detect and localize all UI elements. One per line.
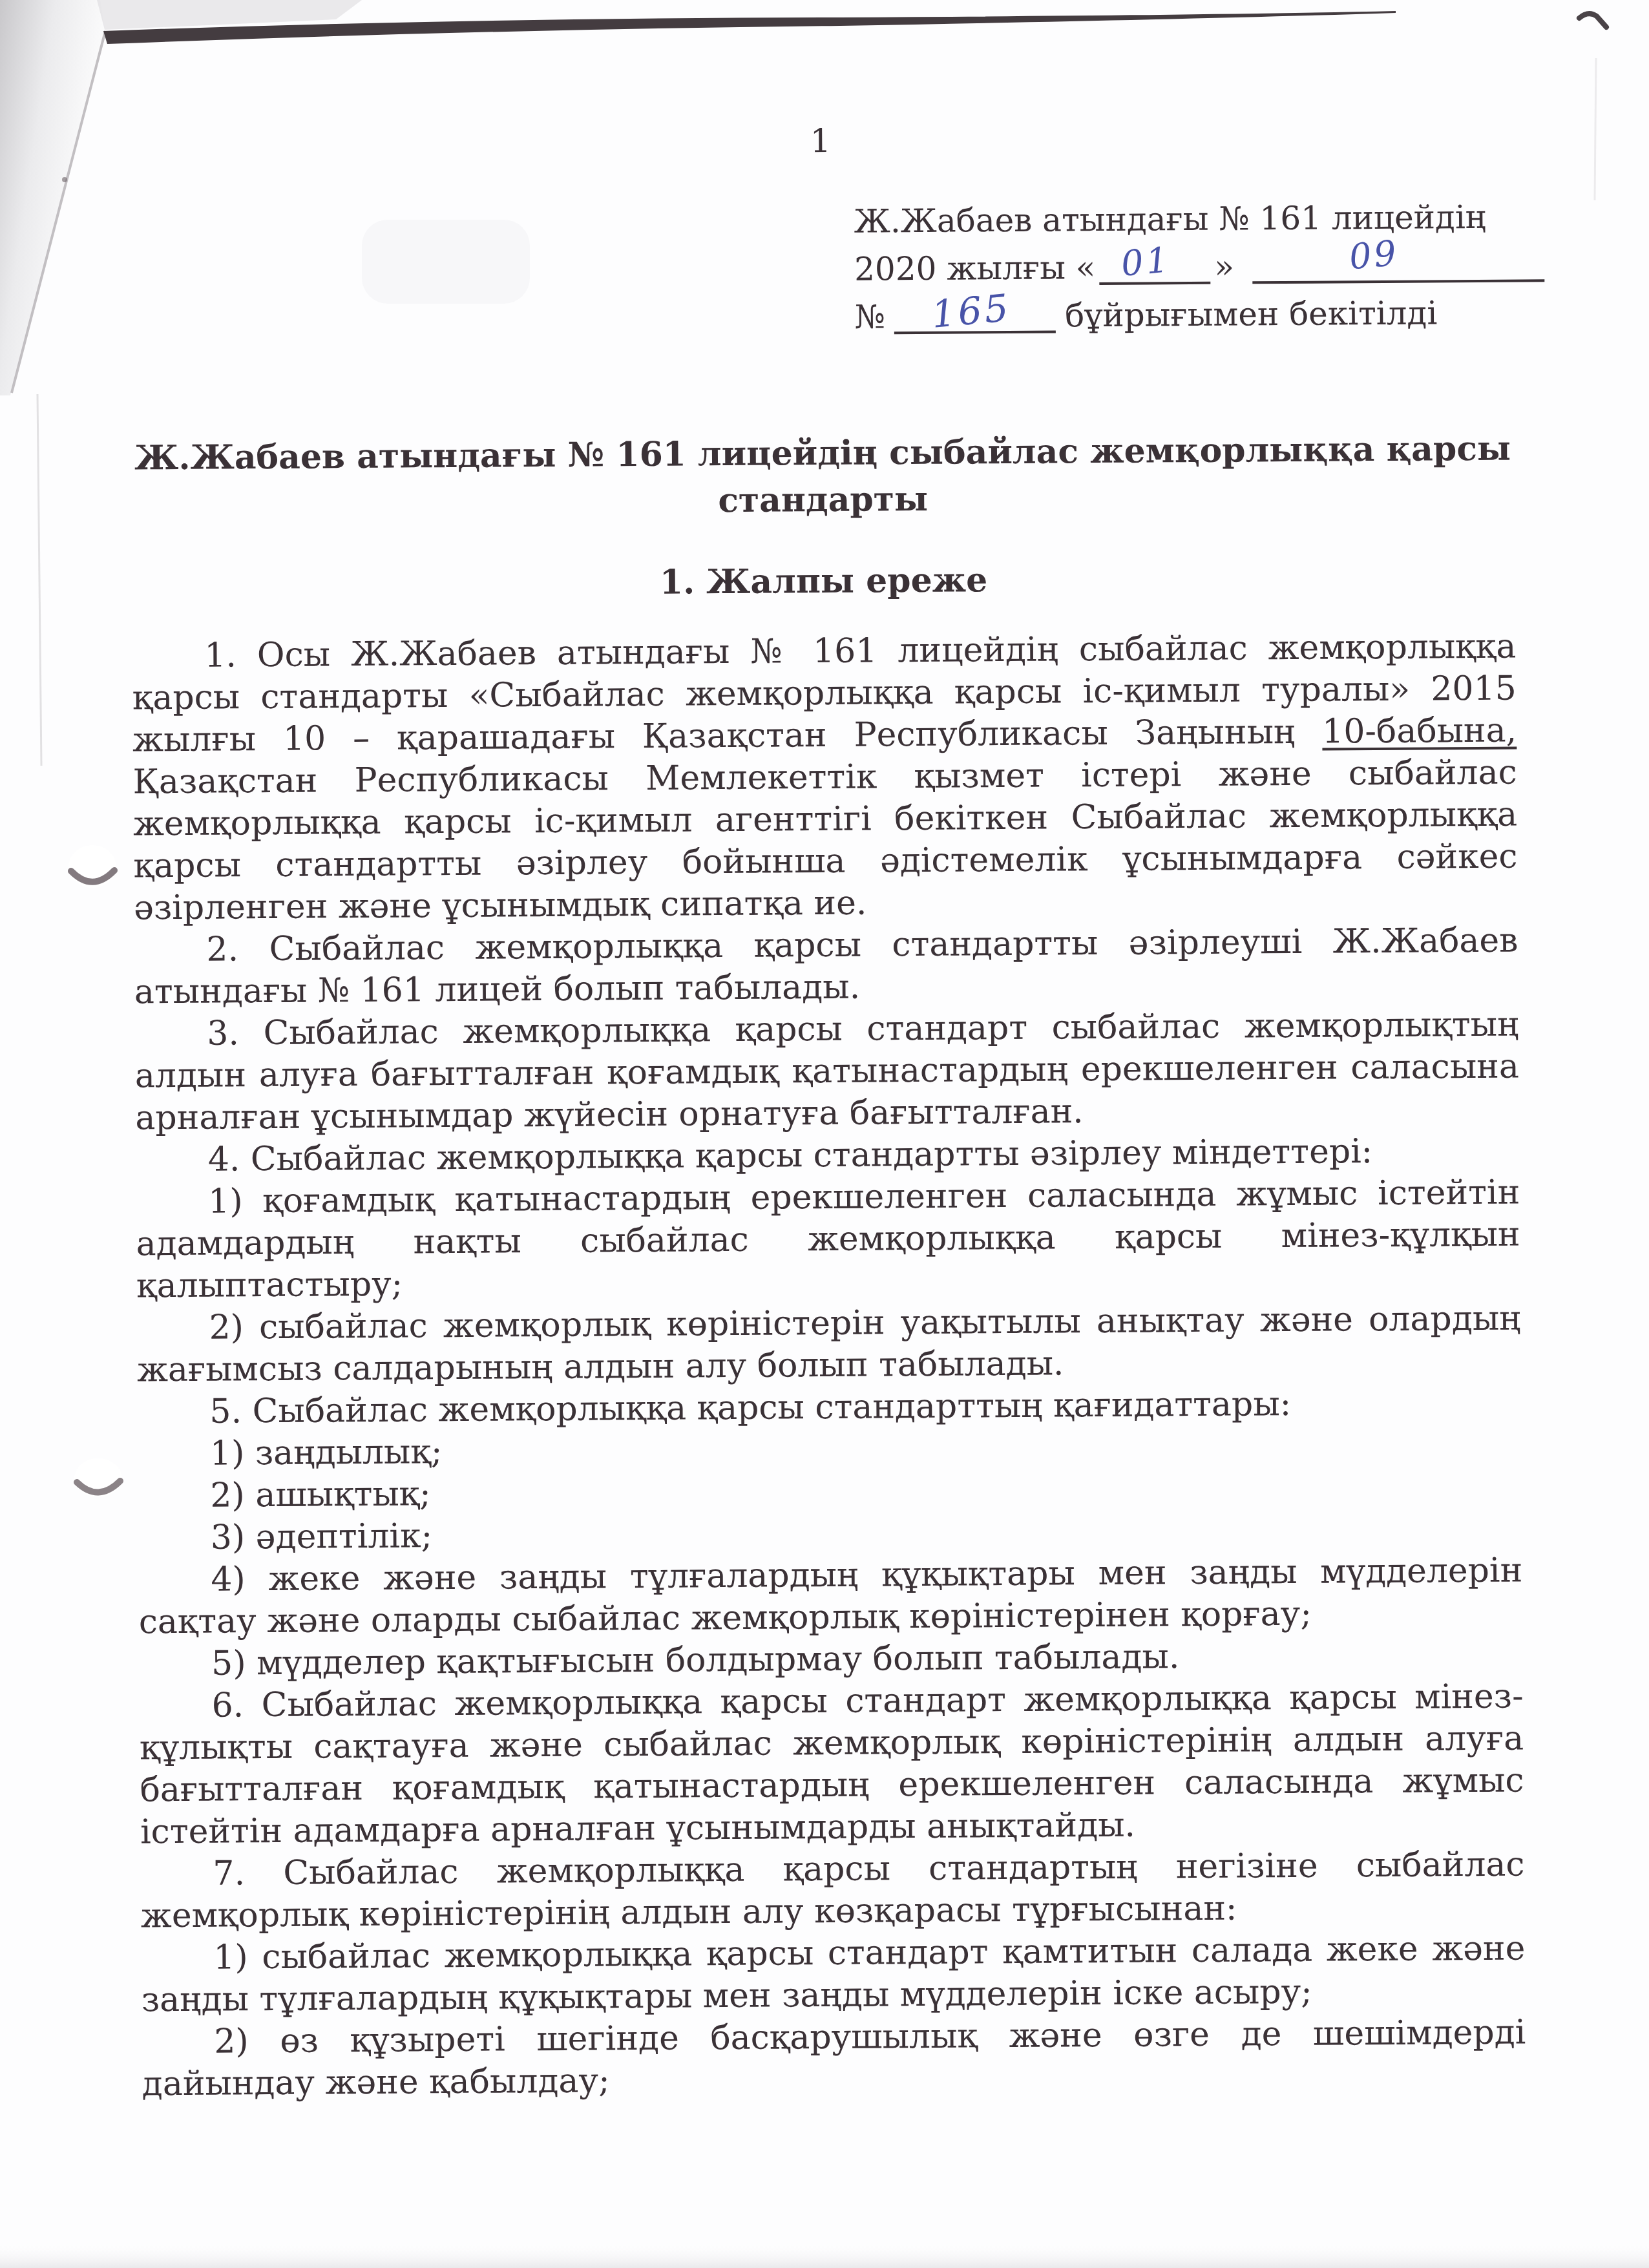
- speck-mark: [62, 177, 67, 182]
- paragraph: 7. Сыбайлас жемқорлыққа қарсы стандартың…: [140, 1843, 1525, 1937]
- approval-line-1: Ж.Жабаев атындағы № 161 лицейдің: [854, 193, 1513, 246]
- document-body: 1. Осы Ж.Жабаев атындағы № 161 лицейдің …: [132, 626, 1526, 2106]
- order-no-sign: №: [854, 298, 885, 335]
- handwritten-month: 09: [1347, 236, 1400, 275]
- page-fold-edge: [12, 31, 105, 393]
- paragraph: 2. Сыбайлас жемқорлыққа қарсы стандартты…: [134, 920, 1518, 1014]
- scanned-document-page: 1 Ж.Жабаев атындағы № 161 лицейдің 2020 …: [0, 0, 1649, 2268]
- approval-order-suffix: бұйрығымен бекітілді: [1065, 294, 1438, 334]
- paragraph: 1) қоғамдық қатынастардың ерекшеленген с…: [136, 1172, 1520, 1308]
- date-month-blank: 09: [1252, 243, 1544, 284]
- document-title: Ж.Жабаев атындағы № 161 лицейдің сыбайла…: [131, 426, 1515, 529]
- paragraph: 1) сыбайлас жемқорлыққа қарсы стандарт қ…: [141, 1927, 1526, 2021]
- page-edge-line: [37, 394, 41, 766]
- document-title-line1: Ж.Жабаев атындағы № 161 лицейдің сыбайла…: [134, 429, 1511, 478]
- document-title-line2: стандарты: [718, 479, 928, 520]
- paragraph: 4) жеке және заңды тұлғалардың құқықтары…: [138, 1549, 1523, 1643]
- fold-top-shading: [97, 0, 362, 30]
- paragraph: 1. Осы Ж.Жабаев атындағы № 161 лицейдің …: [132, 626, 1518, 930]
- scan-shadow-bottom: [0, 2242, 1649, 2268]
- section-heading: 1. Жалпы ереже: [131, 556, 1515, 607]
- approval-line-3: №165бұйрығымен бекітілді: [854, 289, 1513, 341]
- punch-mark: [68, 845, 116, 888]
- document-content: 1 Ж.Жабаев атындағы № 161 лицейдің 2020 …: [129, 118, 1526, 2106]
- paragraph: 6. Сыбайлас жемқорлыққа қарсы стандарт ж…: [139, 1675, 1524, 1853]
- approval-quote-close: »: [1214, 248, 1234, 286]
- page-fold-corner: [0, 0, 105, 395]
- approval-block: Ж.Жабаев атындағы № 161 лицейдің 2020 жы…: [854, 193, 1514, 341]
- scan-shadow-top: [103, 11, 1396, 44]
- handwritten-order-number: 165: [930, 290, 1013, 332]
- date-day-blank: 01: [1099, 246, 1210, 285]
- right-edge-line: [1595, 58, 1596, 200]
- paragraph: 2) сыбайлас жемқорлық көріністерін уақыт…: [136, 1298, 1521, 1392]
- approval-line-2: 2020 жылғы «01»09: [854, 241, 1513, 293]
- approval-date-prefix: 2020 жылғы «: [854, 249, 1096, 288]
- paragraph: 2) өз құзыреті шегінде басқарушылық және…: [142, 2011, 1526, 2105]
- paragraph: 3. Сыбайлас жемқорлыққа қарсы стандарт с…: [134, 1004, 1519, 1140]
- pen-mark: [1579, 14, 1606, 27]
- handwritten-day: 01: [1120, 242, 1172, 282]
- punch-mark: [74, 1458, 122, 1497]
- order-number-blank: 165: [894, 294, 1056, 334]
- underlined-citation: 10-бабына,: [1322, 711, 1517, 751]
- page-number: 1: [129, 118, 1513, 164]
